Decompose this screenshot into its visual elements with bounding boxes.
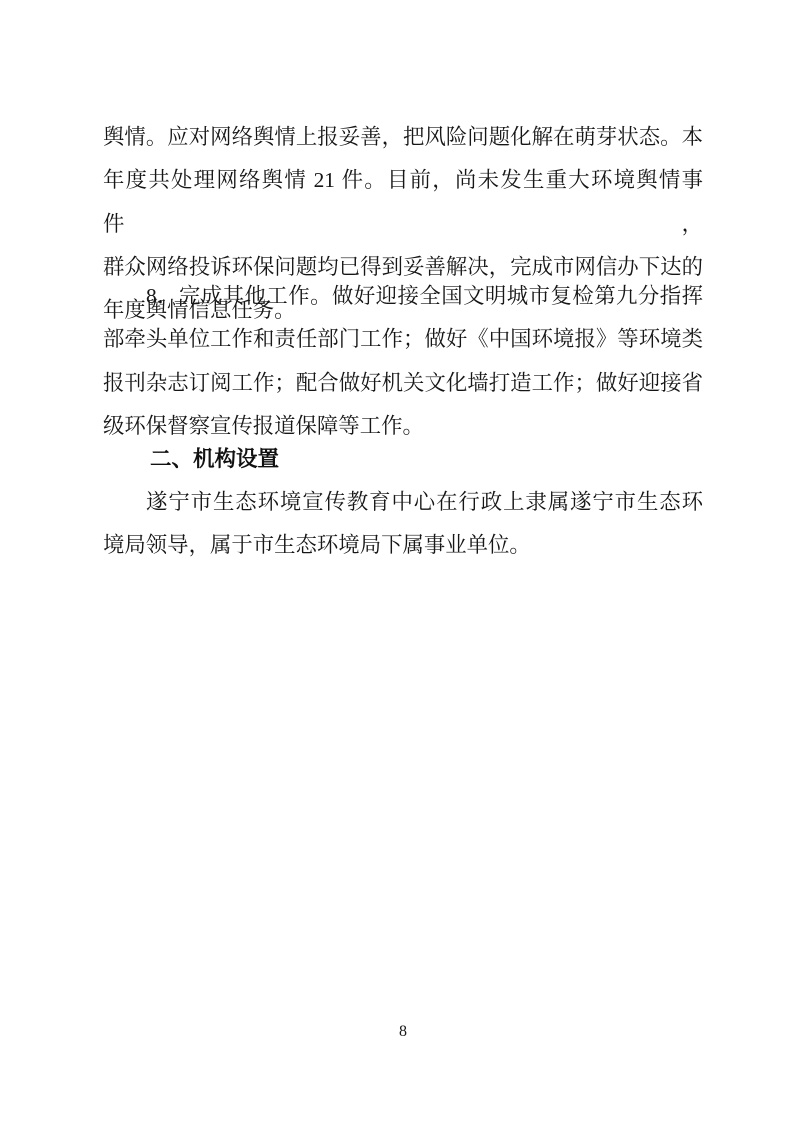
- paragraph-3: 遂宁市生态环境宣传教育中心在行政上隶属遂宁市生态环 境局领导，属于市生态环境局下…: [103, 481, 703, 568]
- section-heading-block: 二、机构设置: [103, 438, 703, 481]
- text-line: 舆情。应对网络舆情上报妥善，把风险问题化解在萌芽状态。本: [103, 116, 703, 159]
- document-page: 舆情。应对网络舆情上报妥善，把风险问题化解在萌芽状态。本 年度共处理网络舆情 2…: [0, 0, 793, 1122]
- text-line: 报刊杂志订阅工作；配合做好机关文化墙打造工作；做好迎接省: [103, 362, 703, 405]
- section-heading: 二、机构设置: [103, 438, 703, 481]
- text-line: 部牵头单位工作和责任部门工作；做好《中国环境报》等环境类: [103, 318, 703, 361]
- text-line: 遂宁市生态环境宣传教育中心在行政上隶属遂宁市生态环: [103, 481, 703, 524]
- text-line: 8．完成其他工作。做好迎接全国文明城市复检第九分指挥: [103, 275, 703, 318]
- text-line: 境局领导，属于市生态环境局下属事业单位。: [103, 524, 703, 567]
- page-number: 8: [103, 1022, 703, 1042]
- paragraph-2: 8．完成其他工作。做好迎接全国文明城市复检第九分指挥 部牵头单位工作和责任部门工…: [103, 275, 703, 448]
- text-line: 年度共处理网络舆情 21 件。目前，尚未发生重大环境舆情事件，: [103, 159, 703, 246]
